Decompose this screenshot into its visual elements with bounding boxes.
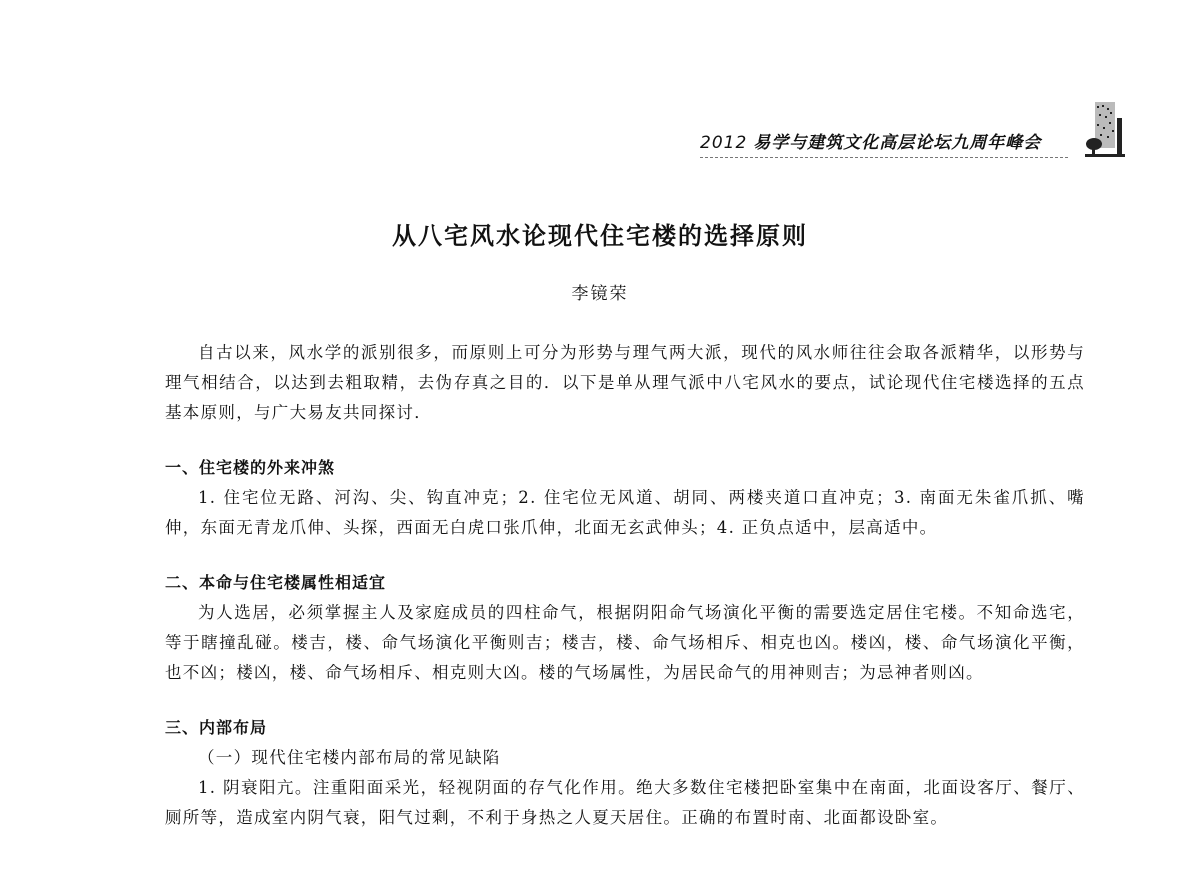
running-header-year: 2012 (700, 133, 747, 153)
section-1-paragraph: 1. 住宅位无路、河沟、尖、钩直冲克；2. 住宅位无风道、胡同、两楼夹道口直冲克… (165, 483, 1085, 543)
section-heading-1: 一、住宅楼的外来冲煞 (165, 453, 1085, 483)
author-name: 李镜荣 (0, 279, 1200, 304)
running-header: 2012易学与建筑文化高层论坛九周年峰会 (700, 128, 1068, 158)
section-3-subheading: （一）现代住宅楼内部布局的常见缺陷 (165, 743, 1085, 773)
section-heading-2: 二、本命与住宅楼属性相适宜 (165, 568, 1085, 598)
intro-paragraph: 自古以来，风水学的派别很多，而原则上可分为形势与理气两大派，现代的风水师往往会取… (165, 338, 1085, 428)
section-2-paragraph: 为人选居，必须掌握主人及家庭成员的四柱命气，根据阴阳命气场演化平衡的需要选定居住… (165, 598, 1085, 688)
building-tree-emblem-icon (1085, 100, 1129, 158)
paper-title: 从八宅风水论现代住宅楼的选择原则 (0, 216, 1200, 251)
running-header-text: 易学与建筑文化高层论坛九周年峰会 (753, 133, 1041, 153)
section-3-paragraph: 1. 阴衰阳亢。注重阳面采光，轻视阴面的存气化作用。绝大多数住宅楼把卧室集中在南… (165, 773, 1085, 833)
paper-body: 自古以来，风水学的派别很多，而原则上可分为形势与理气两大派，现代的风水师往往会取… (165, 338, 1085, 833)
section-heading-3: 三、内部布局 (165, 713, 1085, 743)
